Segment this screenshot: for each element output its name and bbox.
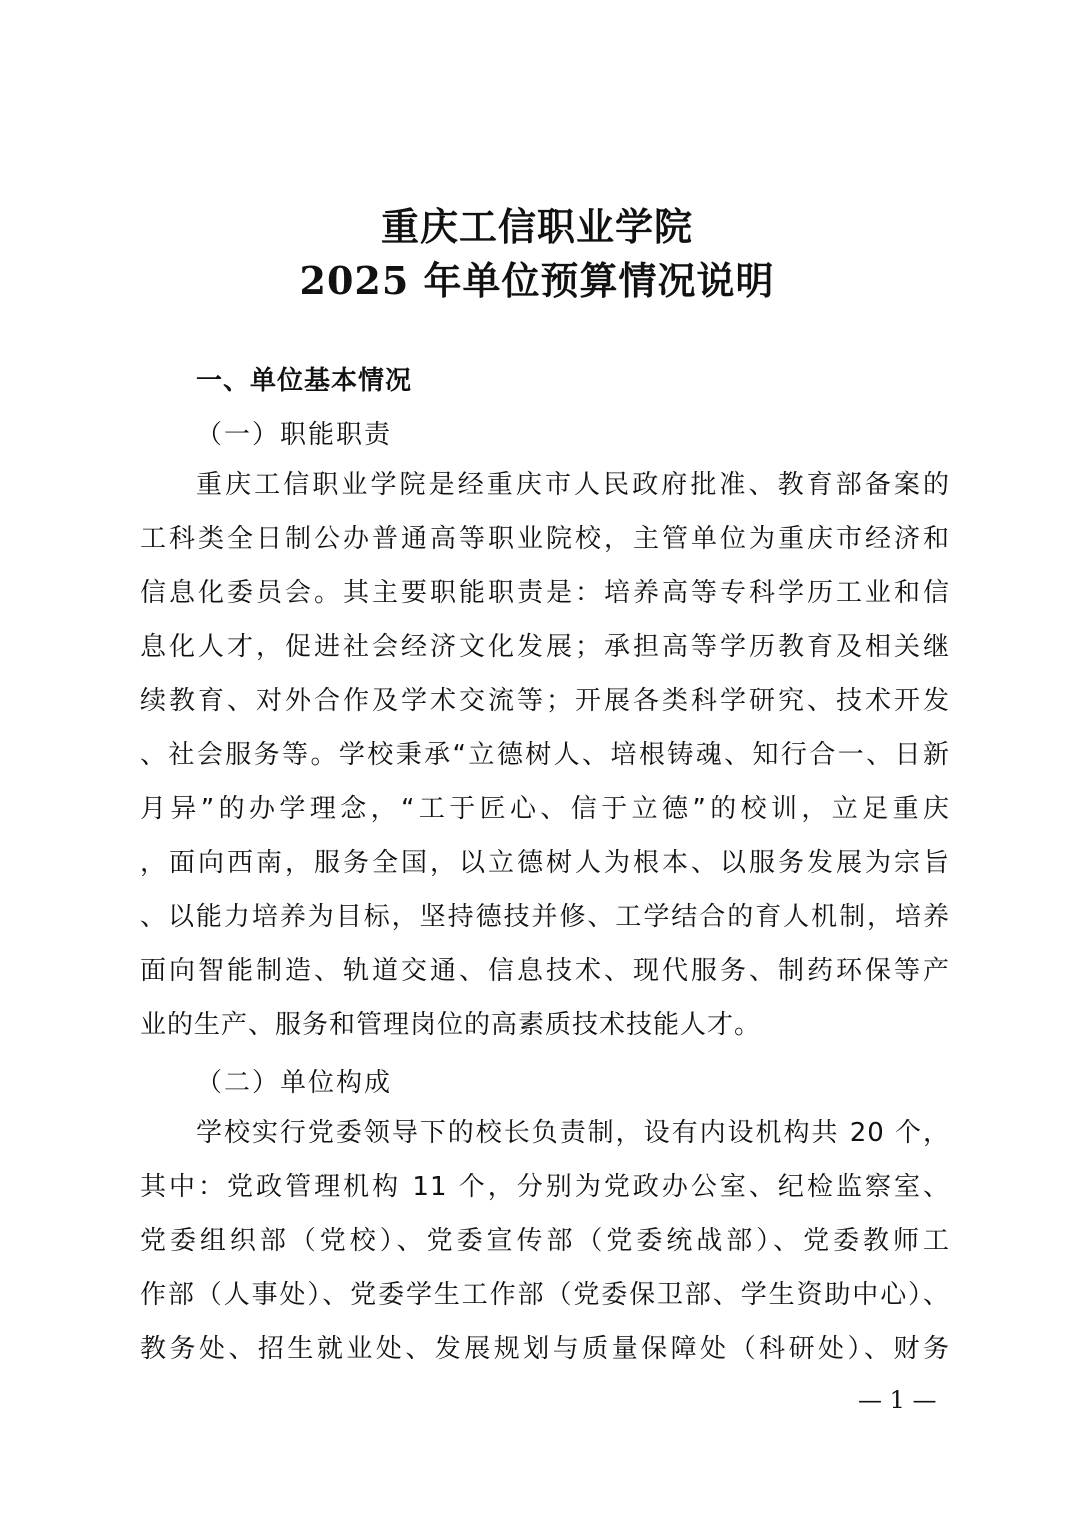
- paragraph-line: 续教育、对外合作及学术交流等；开展各类科学研究、技术开发: [140, 684, 950, 718]
- paragraph-line: 重庆工信职业学院是经重庆市人民政府批准、教育部备案的: [196, 468, 950, 502]
- document-title-line1: 重庆工信职业学院: [0, 196, 1074, 251]
- page-number: — 1 —: [858, 1386, 937, 1414]
- paragraph-line: 月异”的办学理念，“工于匠心、信于立德”的校训，立足重庆: [140, 792, 950, 826]
- paragraph-line: 学校实行党委领导下的校长负责制，设有内设机构共 20 个，: [196, 1116, 950, 1150]
- paragraph-line: 面向智能制造、轨道交通、信息技术、现代服务、制药环保等产: [140, 954, 950, 988]
- paragraph-line: 其中：党政管理机构 11 个，分别为党政办公室、纪检监察室、: [140, 1170, 950, 1204]
- subsection-heading-composition: （二）单位构成: [196, 1062, 392, 1099]
- paragraph-line: 息化人才，促进社会经济文化发展；承担高等学历教育及相关继: [140, 630, 950, 664]
- paragraph-line: 信息化委员会。其主要职能职责是：培养高等专科学历工业和信: [140, 576, 950, 610]
- paragraph-line: 党委组织部（党校）、党委宣传部（党委统战部）、党委教师工: [140, 1224, 950, 1258]
- document-title-line2: 2025 年单位预算情况说明: [0, 250, 1074, 305]
- paragraph-line: 、社会服务等。学校秉承“立德树人、培根铸魂、知行合一、日新: [140, 738, 950, 772]
- paragraph-line: 业的生产、服务和管理岗位的高素质技术技能人才。: [140, 1008, 950, 1042]
- paragraph-line: 、以能力培养为目标，坚持德技并修、工学结合的育人机制，培养: [140, 900, 950, 934]
- paragraph-line: 教务处、招生就业处、发展规划与质量保障处（科研处）、财务: [140, 1332, 950, 1366]
- section-heading-basic-info: 一、单位基本情况: [196, 360, 412, 397]
- paragraph-line: 作部（人事处）、党委学生工作部（党委保卫部、学生资助中心）、: [140, 1278, 950, 1312]
- paragraph-line: ，面向西南，服务全国，以立德树人为根本、以服务发展为宗旨: [140, 846, 950, 880]
- paragraph-line: 工科类全日制公办普通高等职业院校，主管单位为重庆市经济和: [140, 522, 950, 556]
- subsection-heading-functions: （一）职能职责: [196, 414, 392, 451]
